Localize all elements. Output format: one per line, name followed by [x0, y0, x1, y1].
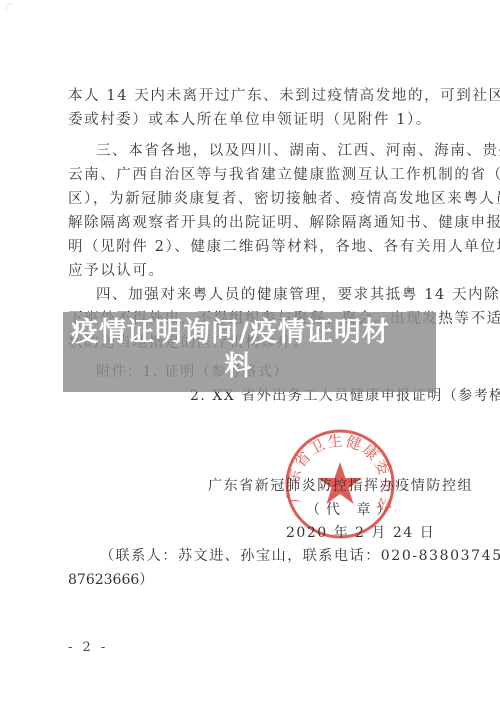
overlay-title: 疫情证明询问/疫情证明材 料	[63, 316, 436, 384]
signing-organization: 广东省新冠肺炎防控指挥办疫情防控组	[208, 475, 473, 495]
contact-line: （联系人：苏文进、孙宝山，联系电话：020-83803745、	[100, 545, 500, 565]
section-three-line: 应予以认可。	[68, 261, 165, 281]
overlay-title-line1: 疫情证明询问/疫情证明材	[71, 317, 390, 348]
seal-note: （代 章）	[306, 499, 396, 519]
overlay-title-line2: 料	[71, 350, 436, 384]
page-number: - 2 -	[68, 640, 108, 655]
contact-line: 87623666）	[68, 569, 153, 589]
paragraph-line: 委或村委）或本人所在单位申领证明（见附件 1）。	[68, 110, 432, 130]
paragraph-line: 本人 14 天内未离开过广东、未到过疫情高发地的，可到社区（居	[68, 86, 500, 106]
section-three-line: 区），为新冠肺炎康复者、密切接触者、疫情高发地区来粤人员	[68, 189, 500, 209]
signature-date: 2020 年 2 月 24 日	[286, 522, 435, 542]
section-four-line: 四、加强对来粤人员的健康管理，要求其抵粤 14 天内除上	[96, 285, 500, 305]
section-three-line: 解除隔离观察者开具的出院证明、解除隔离通知书、健康申报证	[68, 213, 500, 233]
section-three-line: 三、本省各地，以及四川、湖南、江西、河南、海南、贵州、	[96, 141, 500, 161]
section-three-line: 明（见附件 2）、健康二维码等材料，各地、各有关用人单位均	[68, 237, 500, 257]
section-three-line: 云南、广西自治区等与我省建立健康监测互认工作机制的省（市、	[68, 165, 500, 185]
scan-corner-mark	[6, 4, 13, 11]
